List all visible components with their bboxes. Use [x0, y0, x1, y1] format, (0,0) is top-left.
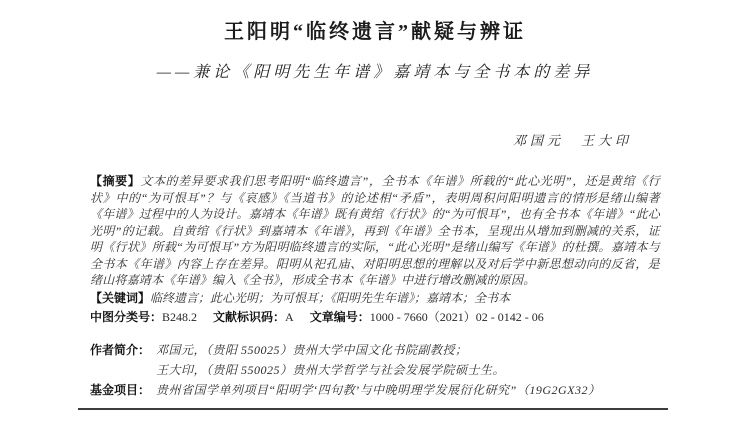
- doc-code-value: A: [285, 310, 294, 324]
- author-bio-row-2: 王大印，（贵阳 550025）贵州大学哲学与社会发展学院硕士生。: [90, 360, 660, 380]
- authors-line: 邓国元 王大印: [90, 130, 660, 149]
- author-bio-line-1: 邓国元，（贵阳 550025）贵州大学中国文化书院副教授；: [156, 340, 468, 360]
- classification-line: 中图分类号：B248.2文献标识码：A文章编号：1000 - 7660（2021…: [90, 309, 660, 325]
- abstract-label: 【摘要】: [90, 174, 140, 188]
- paper-page: 王阳明“临终遗言”献疑与辨证 ——兼论《阳明先生年谱》嘉靖本与全书本的差异 邓国…: [0, 0, 750, 425]
- page-subtitle: ——兼论《阳明先生年谱》嘉靖本与全书本的差异: [90, 59, 660, 82]
- footer-divider-rule: [78, 408, 668, 410]
- author-bio-label: 作者简介：: [90, 340, 156, 360]
- doc-code-label: 文献标识码：: [213, 310, 285, 324]
- article-id-label: 文章编号：: [310, 310, 370, 324]
- paper-content: 王阳明“临终遗言”献疑与辨证 ——兼论《阳明先生年谱》嘉靖本与全书本的差异 邓国…: [90, 0, 660, 400]
- clc-label: 中图分类号：: [90, 310, 162, 324]
- fund-text: 贵州省国学单列项目“阳明学‘四句教’与中晚明理学发展衍化研究”（19G2GX32…: [156, 380, 601, 400]
- abstract-paragraph: 【摘要】文本的差异要求我们思考阳明“临终遗言”，全书本《年谱》所载的“此心光明”…: [90, 173, 660, 289]
- author-bio-row-1: 作者简介： 邓国元，（贵阳 550025）贵州大学中国文化书院副教授；: [90, 340, 660, 360]
- abstract-text: 文本的差异要求我们思考阳明“临终遗言”，全书本《年谱》所载的“此心光明”，还是黄…: [90, 174, 660, 287]
- author-bio-line-2: 王大印，（贵阳 550025）贵州大学哲学与社会发展学院硕士生。: [156, 360, 505, 380]
- keywords-label: 【关键词】: [90, 291, 150, 305]
- fund-row: 基金项目： 贵州省国学单列项目“阳明学‘四句教’与中晚明理学发展衍化研究”（19…: [90, 380, 660, 400]
- keywords-line: 【关键词】临终遗言；此心光明；为可恨耳；《阳明先生年谱》；嘉靖本；全书本: [90, 290, 660, 307]
- fund-label: 基金项目：: [90, 380, 156, 400]
- article-id-value: 1000 - 7660（2021）02 - 0142 - 06: [370, 310, 544, 324]
- clc-value: B248.2: [162, 310, 197, 324]
- fund-block: 基金项目： 贵州省国学单列项目“阳明学‘四句教’与中晚明理学发展衍化研究”（19…: [90, 380, 660, 400]
- keywords-text: 临终遗言；此心光明；为可恨耳；《阳明先生年谱》；嘉靖本；全书本: [150, 291, 510, 305]
- page-title: 王阳明“临终遗言”献疑与辨证: [90, 0, 660, 44]
- author-bio-block: 作者简介： 邓国元，（贵阳 550025）贵州大学中国文化书院副教授； 王大印，…: [90, 340, 660, 380]
